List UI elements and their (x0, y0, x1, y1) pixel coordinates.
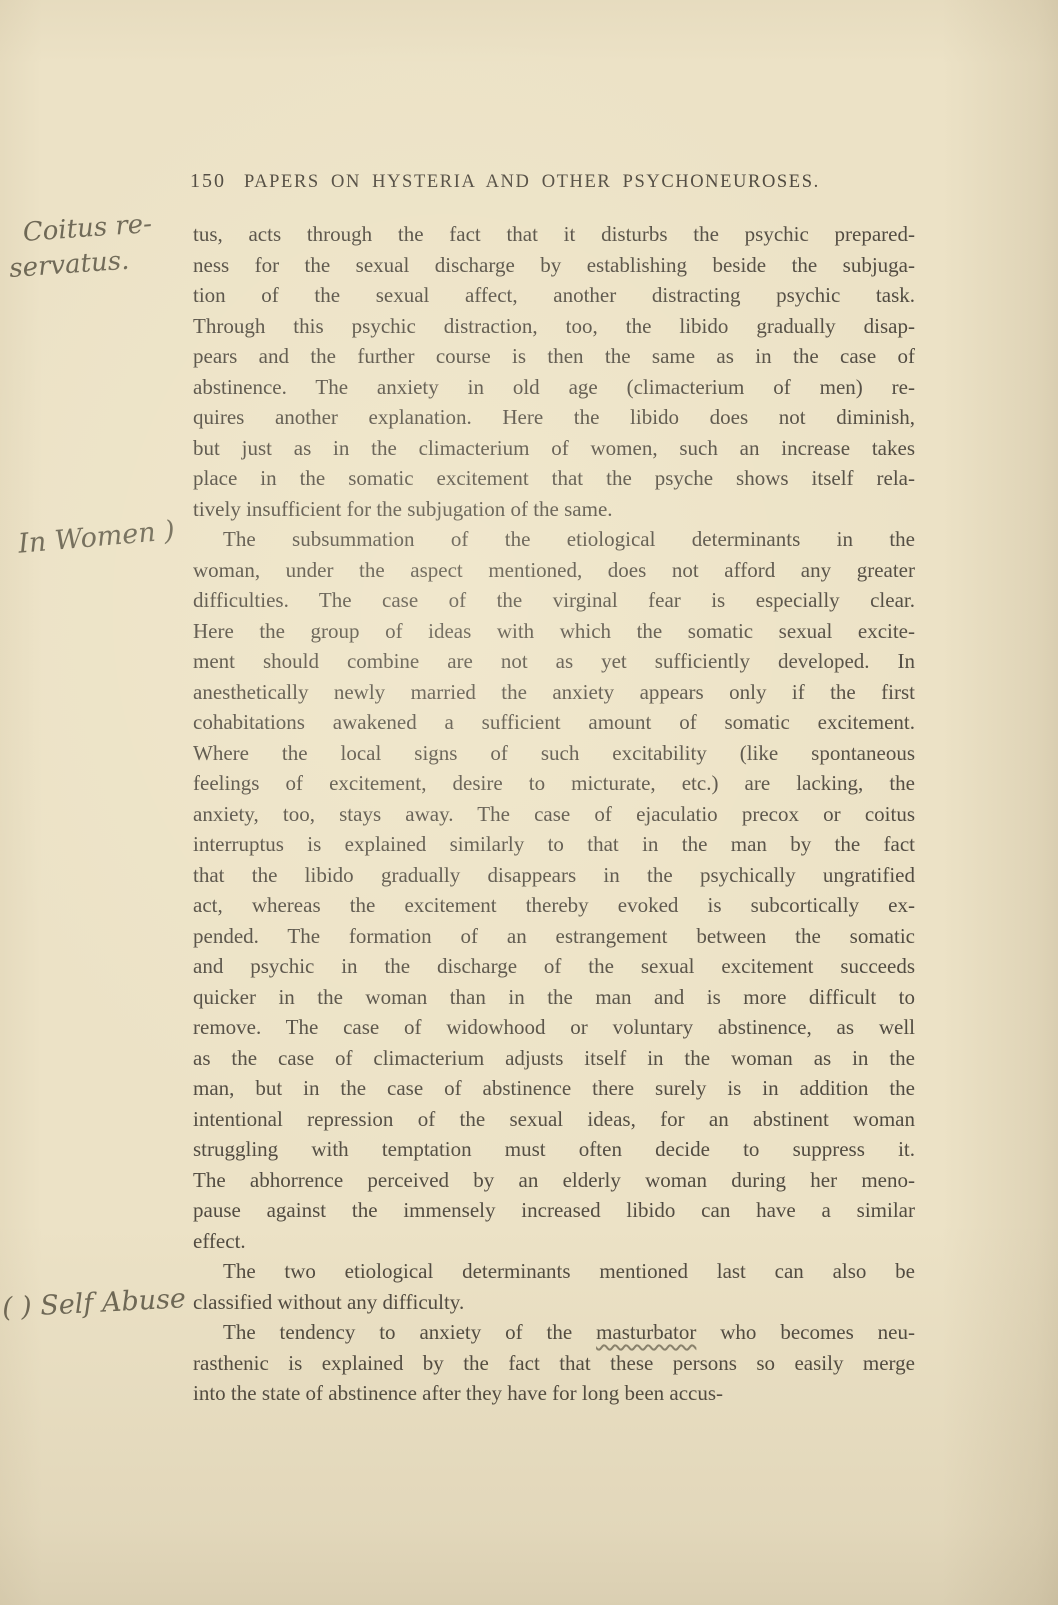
text-line: quicker in the woman than in the man and… (193, 982, 915, 1013)
running-title: PAPERS ON HYSTERIA AND OTHER PSYCHONEURO… (244, 172, 820, 193)
paragraph: The subsummation of the etiological dete… (193, 524, 915, 1256)
text-line: woman, under the aspect mentioned, does … (193, 555, 915, 586)
text-line: pended. The formation of an estrangement… (193, 921, 915, 952)
text-line: ment should combine are not as yet suffi… (193, 646, 915, 677)
text-line: The two etiological determinants mention… (193, 1256, 915, 1287)
text-line: effect. (193, 1226, 915, 1257)
paragraph: The tendency to anxiety of the masturbat… (193, 1317, 915, 1409)
page-header: 150 PAPERS ON HYSTERIA AND OTHER PSYCHON… (190, 170, 920, 193)
text-line: The abhorrence perceived by an elderly w… (193, 1165, 915, 1196)
text-line: struggling with temptation must often de… (193, 1134, 915, 1165)
text-line: remove. The case of widowhood or volunta… (193, 1012, 915, 1043)
paragraph: tus, acts through the fact that it distu… (193, 219, 915, 524)
text-line: ness for the sexual discharge by establi… (193, 250, 915, 281)
text-line: feelings of excitement, desire to mictur… (193, 768, 915, 799)
margin-note-self-abuse: ( ) Self Abuse (1, 1281, 187, 1326)
margin-note-coitus-reservatus: Coitus re-servatus. (6, 207, 156, 287)
text-line: The subsummation of the etiological dete… (193, 524, 915, 555)
paragraph: The two etiological determinants mention… (193, 1256, 915, 1317)
text-line: pause against the immensely increased li… (193, 1195, 915, 1226)
margin-note-in-women: In Women ) (17, 513, 176, 562)
text-line: The tendency to anxiety of the masturbat… (193, 1317, 915, 1348)
text-line: anesthetically newly married the anxiety… (193, 677, 915, 708)
text-line: quires another explanation. Here the lib… (193, 402, 915, 433)
margin-note-line: In Women ) (17, 513, 176, 562)
text-line: man, but in the case of abstinence there… (193, 1073, 915, 1104)
text-line: abstinence. The anxiety in old age (clim… (193, 372, 915, 403)
text-line: Here the group of ideas with which the s… (193, 616, 915, 647)
text-segment: who becomes neu- (696, 1320, 915, 1344)
text-line: as the case of climacterium adjusts itse… (193, 1043, 915, 1074)
pencil-underlined-word: masturbator (596, 1320, 696, 1344)
text-line: but just as in the climacterium of women… (193, 433, 915, 464)
text-line: intentional repression of the sexual ide… (193, 1104, 915, 1135)
text-line: act, whereas the excitement thereby evok… (193, 890, 915, 921)
text-line: and psychic in the discharge of the sexu… (193, 951, 915, 982)
text-line: difficulties. The case of the virginal f… (193, 585, 915, 616)
text-line: interruptus is explained similarly to th… (193, 829, 915, 860)
body-text: tus, acts through the fact that it distu… (193, 219, 915, 1409)
text-line: that the libido gradually disappears in … (193, 860, 915, 891)
text-line: pears and the further course is then the… (193, 341, 915, 372)
text-line: tion of the sexual affect, another distr… (193, 280, 915, 311)
book-page-scan: 150 PAPERS ON HYSTERIA AND OTHER PSYCHON… (0, 0, 1058, 1605)
margin-note-line: ( ) Self Abuse (1, 1281, 187, 1326)
text-line: Through this psychic distraction, too, t… (193, 311, 915, 342)
text-segment: The tendency to anxiety of the (223, 1320, 596, 1344)
text-line: place in the somatic excitement that the… (193, 463, 915, 494)
text-line: classified without any difficulty. (193, 1287, 915, 1318)
page-number: 150 (190, 170, 226, 193)
text-line: into the state of abstinence after they … (193, 1378, 915, 1409)
text-line: tus, acts through the fact that it distu… (193, 219, 915, 250)
text-line: rasthenic is explained by the fact that … (193, 1348, 915, 1379)
text-line: anxiety, too, stays away. The case of ej… (193, 799, 915, 830)
text-line: tively insufficient for the subjugation … (193, 494, 915, 525)
text-line: Where the local signs of such excitabili… (193, 738, 915, 769)
text-line: cohabitations awakened a sufficient amou… (193, 707, 915, 738)
